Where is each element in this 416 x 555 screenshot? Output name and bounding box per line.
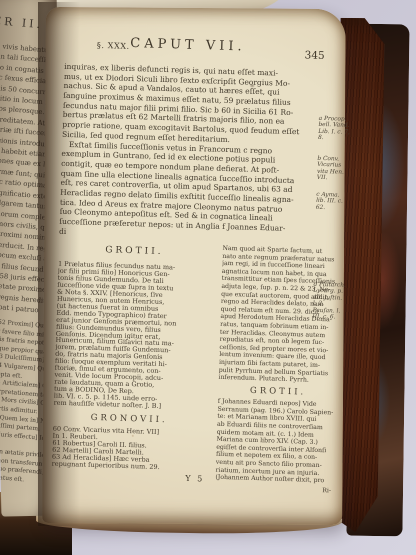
notes-right-column: Nam quod ait Sparte factum, utnato ante …: [215, 245, 343, 495]
margin-note-c: c Ayma. lib. III. c. 62.: [316, 192, 351, 212]
catchword: Ri-: [215, 484, 335, 495]
grotii-heading: GROTII.: [58, 244, 210, 259]
grotii-left-notes: 1 Prælatus filius ſecundus natu ma-jor f…: [54, 261, 211, 412]
left-page-running-title: ER II.: [0, 14, 44, 31]
margin-note-b: b Conv. Vicarius vita Hen. VII.: [317, 156, 352, 183]
gronovii-notes: 60 Conv. Vicarius vita Henr. VII]In 1. R…: [52, 426, 205, 472]
grotii-heading-2: GROTII.: [218, 387, 338, 398]
notes-left-column: 1 Prælatus filius ſecundus natu ma-jor f…: [52, 261, 210, 472]
margin-note-a: a Procop. bell. Vand. Lib. I. c. 7, 8.: [318, 116, 353, 143]
margin-notes: a Procop. bell. Vand. Lib. I. c. 7, 8. b…: [320, 70, 354, 71]
right-page: §. XXX. CAPUT VII. 345 inquiras, ex libe…: [42, 7, 346, 525]
book-photo: ER II. § ro vivis habentur in hace in ta…: [0, 0, 416, 555]
main-body-text: inquiras, ex liberis defuncti regis is, …: [59, 62, 318, 244]
gronovii-heading: GRONOVII.: [53, 414, 205, 426]
grotii-right-notes: Nam quod ait Sparte factum, utnato ante …: [218, 245, 342, 385]
page-content: §. XXX. CAPUT VII. 345 inquiras, ex libe…: [36, 3, 352, 528]
chapter-title: CAPUT VII.: [51, 33, 325, 57]
grotii-right-notes-2: f Johannes Eduardi nepos] VideSerranum (…: [215, 398, 338, 485]
signature-mark: Y 5: [185, 474, 204, 484]
page-number: 345: [304, 49, 324, 62]
